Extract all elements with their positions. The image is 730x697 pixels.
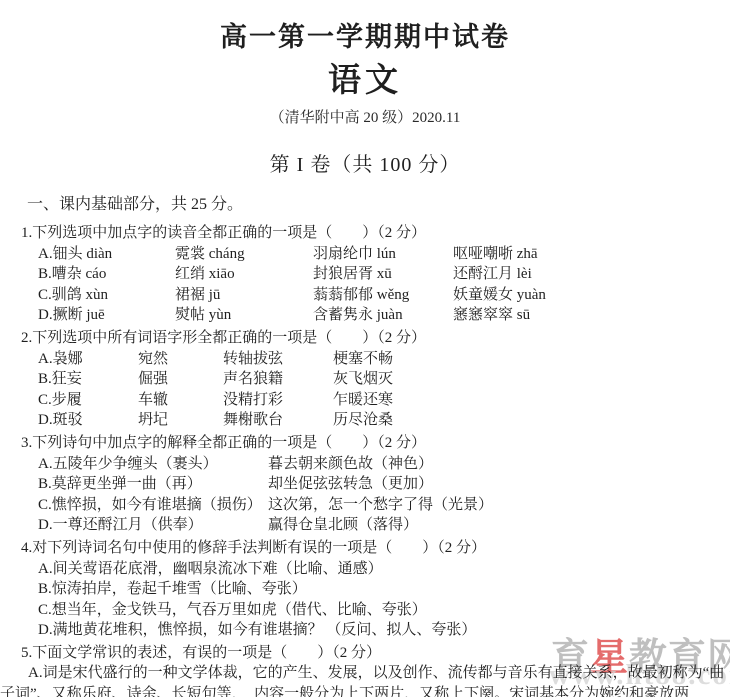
option-cell: 历尽沧桑 (333, 410, 730, 431)
option-cell: D.一尊还酹江月（供奉） (38, 515, 268, 536)
option-cell: 梗塞不畅 (333, 349, 730, 370)
question-4-option-c: C.想当年，金戈铁马，气吞万里如虎（借代、比喻、夸张） (38, 600, 730, 621)
option-cell: 熨帖 yùn (175, 305, 313, 326)
question-1: 1.下列选项中加点字的读音全都正确的一项是（ ）（2 分） A.钿头 diàn … (0, 223, 730, 326)
option-cell: B.嘈杂 cáo (38, 264, 175, 285)
question-1-option-row-b: B.嘈杂 cáo 红绡 xiāo 封狼居胥 xū 还酹江月 lèi (38, 264, 730, 285)
option-cell: 转轴拔弦 (223, 349, 333, 370)
question-2-stem: 2.下列选项中所有词语字形全都正确的一项是（ ）（2 分） (21, 328, 730, 349)
option-cell: 舞榭歌台 (223, 410, 333, 431)
option-cell: 妖童媛女 yuàn (453, 285, 730, 306)
question-5-option-a-line-1: A.词是宋代盛行的一种文学体裁，它的产生、发展，以及创作、流传都与音乐有直接关系… (28, 663, 730, 684)
section-title: 第 I 卷（共 100 分） (0, 152, 730, 178)
question-2-option-row-a: A.袅娜 宛然 转轴拔弦 梗塞不畅 (38, 349, 730, 370)
question-3-stem: 3.下列诗句中加点字的解释全都正确的一项是（ ）（2 分） (21, 433, 730, 454)
option-cell: 含蓄隽永 juàn (313, 305, 453, 326)
question-5-stem: 5.下面文学常识的表述，有误的一项是（ ）（2 分） (21, 643, 730, 664)
question-5: 5.下面文学常识的表述，有误的一项是（ ）（2 分） A.词是宋代盛行的一种文学… (0, 643, 730, 697)
option-cell: 还酹江月 lèi (453, 264, 730, 285)
option-cell: 乍暖还寒 (333, 390, 730, 411)
option-cell: D.斑驳 (38, 410, 138, 431)
option-cell: 灰飞烟灭 (333, 369, 730, 390)
option-cell: 裙裾 jū (175, 285, 313, 306)
option-cell: 赢得仓皇北顾（落得） (268, 515, 730, 536)
option-cell: 没精打彩 (223, 390, 333, 411)
option-cell: 羽扇纶巾 lún (313, 244, 453, 265)
option-cell: 封狼居胥 xū (313, 264, 453, 285)
option-cell: 蓊蓊郁郁 wěng (313, 285, 453, 306)
option-cell: B.狂妄 (38, 369, 138, 390)
question-4-option-a: A.间关莺语花底滑，幽咽泉流冰下难（比喻、通感） (38, 559, 730, 580)
question-1-option-row-c: C.驯鸽 xùn 裙裾 jū 蓊蓊郁郁 wěng 妖童媛女 yuàn (38, 285, 730, 306)
option-cell: D.撅断 juē (38, 305, 175, 326)
option-cell: 窸窸窣窣 sū (453, 305, 730, 326)
exam-title: 高一第一学期期中试卷 (0, 20, 730, 54)
option-cell: A.袅娜 (38, 349, 138, 370)
option-cell: 呕哑嘲哳 zhā (453, 244, 730, 265)
question-2-option-row-b: B.狂妄 倔强 声名狼籍 灰飞烟灭 (38, 369, 730, 390)
exam-paper-page: 高一第一学期期中试卷 语文 （清华附中高 20 级）2020.11 第 I 卷（… (0, 0, 730, 697)
questions-area: 1.下列选项中加点字的读音全都正确的一项是（ ）（2 分） A.钿头 diàn … (0, 223, 730, 697)
question-3-option-row-b: B.莫辞更坐弹一曲（再） 却坐促弦弦转急（更加） (38, 474, 730, 495)
option-cell: 霓裳 cháng (175, 244, 313, 265)
option-cell: C.步履 (38, 390, 138, 411)
question-5-option-a-line-2: 子词”、又称乐府、诗余、长短句等， 内容一般分为上下两片，又称上下阕。宋词基本分… (0, 684, 730, 697)
question-3-option-row-a: A.五陵年少争缠头（裹头） 暮去朝来颜色故（神色） (38, 454, 730, 475)
question-4-option-d: D.满地黄花堆积，憔悴损，如今有谁堪摘？ （反问、拟人、夸张） (38, 620, 730, 641)
question-4-stem: 4.对下列诗词名句中使用的修辞手法判断有误的一项是（ ）（2 分） (21, 538, 730, 559)
question-3-option-row-c: C.憔悴损，如今有谁堪摘（损伤） 这次第，怎一个愁字了得（光景） (38, 495, 730, 516)
question-4: 4.对下列诗词名句中使用的修辞手法判断有误的一项是（ ）（2 分） A.间关莺语… (0, 538, 730, 641)
option-cell: B.莫辞更坐弹一曲（再） (38, 474, 268, 495)
option-cell: 却坐促弦弦转急（更加） (268, 474, 730, 495)
question-1-stem: 1.下列选项中加点字的读音全都正确的一项是（ ）（2 分） (21, 223, 730, 244)
question-3-option-row-d: D.一尊还酹江月（供奉） 赢得仓皇北顾（落得） (38, 515, 730, 536)
option-cell: 暮去朝来颜色故（神色） (268, 454, 730, 475)
question-1-option-row-a: A.钿头 diàn 霓裳 cháng 羽扇纶巾 lún 呕哑嘲哳 zhā (38, 244, 730, 265)
question-2-option-row-c: C.步履 车辙 没精打彩 乍暖还寒 (38, 390, 730, 411)
option-cell: 车辙 (138, 390, 223, 411)
option-cell: C.憔悴损，如今有谁堪摘（损伤） (38, 495, 268, 516)
option-cell: A.钿头 diàn (38, 244, 175, 265)
option-cell: 红绡 xiāo (175, 264, 313, 285)
option-cell: 倔强 (138, 369, 223, 390)
part-heading: 一、课内基础部分，共 25 分。 (27, 194, 730, 215)
question-2: 2.下列选项中所有词语字形全都正确的一项是（ ）（2 分） A.袅娜 宛然 转轴… (0, 328, 730, 431)
question-3: 3.下列诗句中加点字的解释全都正确的一项是（ ）（2 分） A.五陵年少争缠头（… (0, 433, 730, 536)
option-cell: 这次第，怎一个愁字了得（光景） (268, 495, 730, 516)
option-cell: 宛然 (138, 349, 223, 370)
question-4-option-b: B.惊涛拍岸，卷起千堆雪（比喻、夸张） (38, 579, 730, 600)
school-info: （清华附中高 20 级）2020.11 (0, 109, 730, 128)
option-cell: 坍圮 (138, 410, 223, 431)
question-1-option-row-d: D.撅断 juē 熨帖 yùn 含蓄隽永 juàn 窸窸窣窣 sū (38, 305, 730, 326)
option-cell: A.五陵年少争缠头（裹头） (38, 454, 268, 475)
question-2-option-row-d: D.斑驳 坍圮 舞榭歌台 历尽沧桑 (38, 410, 730, 431)
option-cell: C.驯鸽 xùn (38, 285, 175, 306)
option-cell: 声名狼籍 (223, 369, 333, 390)
subject-title: 语文 (0, 60, 730, 102)
